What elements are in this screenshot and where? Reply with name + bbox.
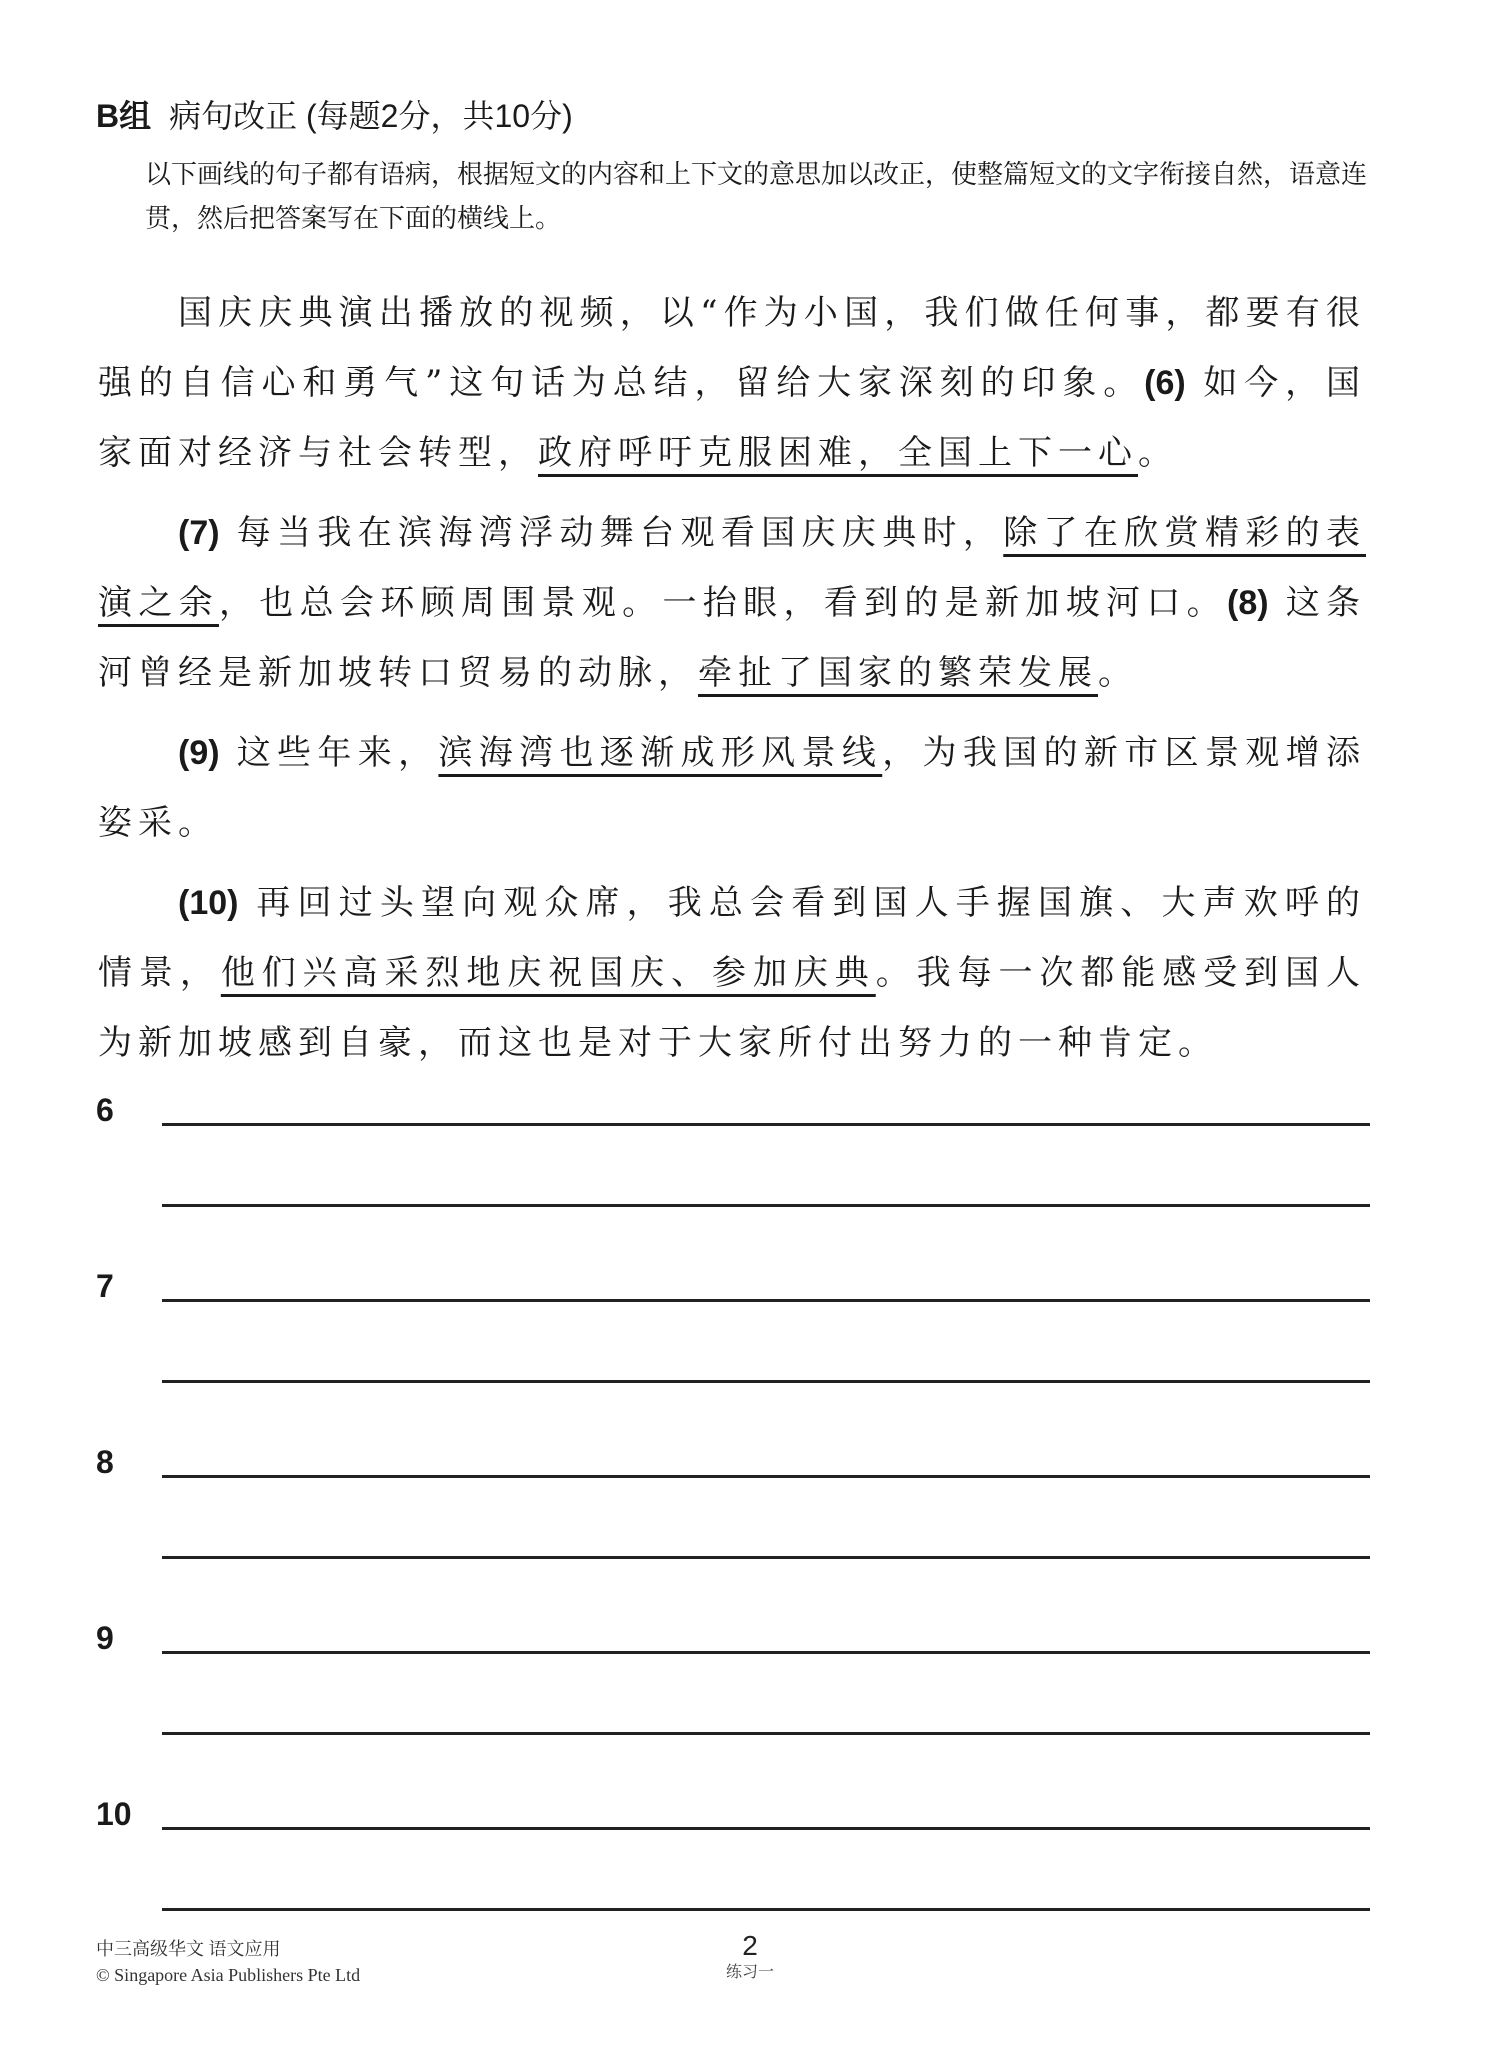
question-marker-9: (9)	[178, 734, 220, 772]
section-header: B组病句改正 (每题2分，共10分)	[96, 96, 573, 136]
answer-line[interactable]	[162, 1204, 1370, 1207]
footer-left: 中三高级华文 语文应用 © Singapore Asia Publishers …	[96, 1936, 360, 1988]
answer-line[interactable]	[162, 1475, 1370, 1478]
answer-line[interactable]	[162, 1299, 1370, 1302]
passage: 国庆庆典演出播放的视频，以“作为小国，我们做任何事，都要有很强的自信心和勇气”这…	[98, 278, 1366, 1078]
book-title: 中三高级华文 语文应用	[96, 1936, 360, 1962]
passage-paragraph-3: (9) 这些年来，滨海湾也逐渐成形风景线，为我国的新市区景观增添姿采。	[98, 718, 1366, 858]
answer-number: 10	[96, 1794, 132, 1834]
page-number: 2	[700, 1930, 800, 1962]
exercise-label: 练习一	[700, 1962, 800, 1984]
answer-line[interactable]	[162, 1732, 1370, 1735]
passage-text: 每当我在滨海湾浮动舞台观看国庆庆典时，	[220, 513, 1004, 553]
answer-line[interactable]	[162, 1651, 1370, 1654]
worksheet-page: B组病句改正 (每题2分，共10分) 以下画线的句子都有语病，根据短文的内容和上…	[0, 0, 1499, 2049]
section-group-label: B组	[96, 98, 151, 134]
answer-line[interactable]	[162, 1123, 1370, 1126]
question-marker-8: (8)	[1227, 584, 1269, 622]
underlined-sentence-8: 牵扯了国家的繁荣发展	[698, 653, 1098, 693]
answer-block-6: 6	[96, 1090, 1370, 1266]
passage-text: 。	[1098, 653, 1138, 693]
answer-block-7: 7	[96, 1266, 1370, 1442]
footer-center: 2 练习一	[700, 1930, 800, 1984]
question-marker-7: (7)	[178, 514, 220, 552]
copyright-notice: © Singapore Asia Publishers Pte Ltd	[96, 1962, 360, 1988]
underlined-sentence-10: 他们兴高采烈地庆祝国庆、参加庆典	[221, 953, 876, 993]
answer-number: 8	[96, 1442, 114, 1482]
answer-line[interactable]	[162, 1908, 1370, 1911]
answer-block-9: 9	[96, 1618, 1370, 1794]
answer-line[interactable]	[162, 1556, 1370, 1559]
answer-number: 6	[96, 1090, 114, 1130]
answer-block-8: 8	[96, 1442, 1370, 1618]
passage-text: 。	[1138, 433, 1178, 473]
passage-text: ，也总会环顾周围景观。一抬眼，看到的是新加坡河口。	[219, 583, 1227, 623]
answer-line[interactable]	[162, 1380, 1370, 1383]
instructions-text: 以下画线的句子都有语病，根据短文的内容和上下文的意思加以改正，使整篇短文的文字衔…	[145, 152, 1375, 240]
question-marker-6: (6)	[1144, 364, 1186, 402]
answer-line[interactable]	[162, 1827, 1370, 1830]
passage-text: 这些年来，	[220, 733, 439, 773]
passage-paragraph-2: (7) 每当我在滨海湾浮动舞台观看国庆庆典时，除了在欣赏精彩的表演之余，也总会环…	[98, 498, 1366, 708]
passage-paragraph-1: 国庆庆典演出播放的视频，以“作为小国，我们做任何事，都要有很强的自信心和勇气”这…	[98, 278, 1366, 488]
answer-number: 9	[96, 1618, 114, 1658]
underlined-sentence-6: 政府呼吁克服困难，全国上下一心	[538, 433, 1138, 473]
underlined-sentence-9: 滨海湾也逐渐成形风景线	[438, 733, 882, 773]
question-marker-10: (10)	[178, 884, 238, 922]
section-title: 病句改正 (每题2分，共10分)	[169, 98, 573, 134]
passage-paragraph-4: (10) 再回过头望向观众席，我总会看到国人手握国旗、大声欢呼的情景，他们兴高采…	[98, 868, 1366, 1078]
answer-section: 6 7 8 9 10	[96, 1090, 1370, 1970]
answer-number: 7	[96, 1266, 114, 1306]
